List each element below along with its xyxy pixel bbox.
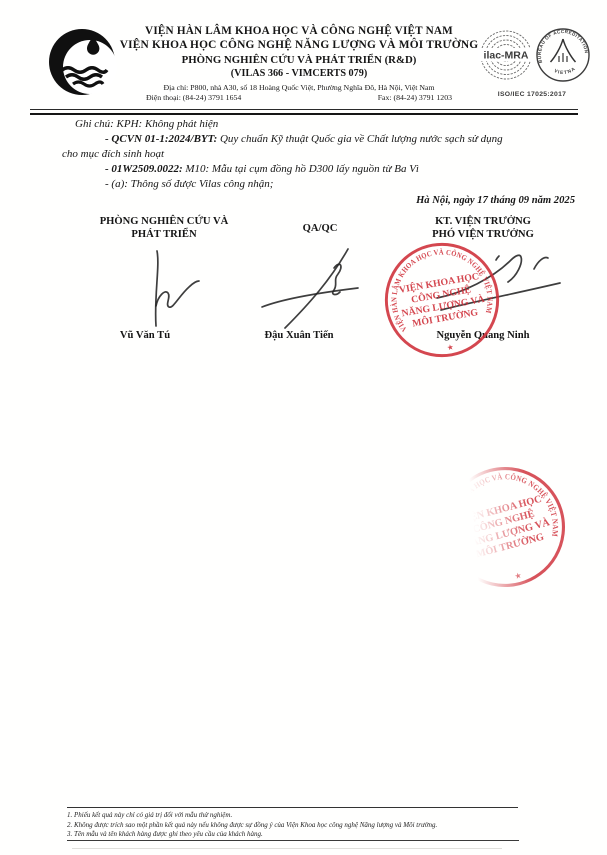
stamp-star: ★: [446, 342, 454, 352]
accreditation-codes: (VILAS 366 - VIMCERTS 079): [231, 68, 367, 79]
scan-artifact-line: [72, 848, 502, 849]
signer-title-rd: PHÒNG NGHIÊN CỨU VÀ PHÁT TRIỂN: [73, 215, 255, 241]
note-qcvn-text: Quy chuẩn Kỹ thuật Quốc gia về Chất lượn…: [217, 133, 502, 145]
document-page: VIỆN HÀN LÂM KHOA HỌC VÀ CÔNG NGHỆ VIỆT …: [0, 0, 607, 855]
footnotes: 1. Phiếu kết quả này chỉ có giá trị đối …: [67, 811, 537, 840]
boa-logo-icon: BUREAU OF ACCREDITATION VIETNAM: [534, 26, 592, 84]
note-vilas: - (a): Thông số được Vilas công nhận;: [105, 177, 567, 192]
signer-title-director-line1: KT. VIỆN TRƯỞNG: [390, 215, 576, 228]
official-stamp: VIỆN HÀN LÂM KHOA HỌC VÀ CÔNG NGHỆ VIỆT …: [374, 232, 511, 369]
footnote-1: 1. Phiếu kết quả này chỉ có giá trị đối …: [67, 811, 537, 821]
org-name-institute: VIỆN KHOA HỌC CÔNG NGHỆ NĂNG LƯỢNG VÀ MÔ…: [120, 39, 479, 51]
note-qcvn-label: - QCVN 01-1:2024/BYT:: [105, 133, 217, 145]
letterhead: VIỆN HÀN LÂM KHOA HỌC VÀ CÔNG NGHỆ VIỆT …: [118, 25, 480, 102]
official-stamp-partial: VIỆN HÀN LÂM KHOA HỌC VÀ CÔNG NGHỆ VIỆT …: [429, 451, 581, 603]
contact-line: Điện thoại: (84-24) 3791 1654 Fax: (84-2…: [118, 93, 480, 102]
signer-name-qaqc: Đậu Xuân Tiến: [243, 330, 355, 341]
date-place-line: Hà Nội, ngày 17 tháng 09 năm 2025: [416, 195, 575, 206]
header-divider: [30, 109, 578, 115]
iso-standard-label: ISO/IEC 17025:2017: [482, 91, 582, 98]
note-sample: - 01W2509.0022: M10: Mẫu tại cụm đồng hồ…: [105, 162, 567, 177]
department-name: PHÒNG NGHIÊN CỨU VÀ PHÁT TRIỂN (R&D): [182, 54, 417, 66]
signer-title-qaqc: QA/QC: [289, 222, 351, 235]
footnote-2: 2. Không được trích sao một phần kết quả…: [67, 821, 537, 831]
signer-title-rd-line1: PHÒNG NGHIÊN CỨU VÀ: [73, 215, 255, 228]
institute-logo-icon: [46, 26, 118, 98]
signer-name-rd: Vũ Văn Tú: [93, 330, 197, 341]
org-name-parent: VIỆN HÀN LÂM KHOA HỌC VÀ CÔNG NGHỆ VIỆT …: [145, 25, 453, 37]
signer-title-rd-line2: PHÁT TRIỂN: [73, 228, 255, 241]
boa-peak-symbol: [551, 39, 576, 62]
note-sample-text: M10: Mẫu tại cụm đồng hồ D300 lấy nguồn …: [183, 163, 419, 175]
ilac-mra-logo-icon: ilac-MRA: [478, 28, 534, 82]
note-qcvn-continued: cho mục đích sinh hoạt: [62, 147, 567, 162]
note-kph: Ghi chú: KPH: Không phát hiện: [75, 117, 567, 132]
phone-number: Điện thoại: (84-24) 3791 1654: [146, 93, 241, 102]
address-line: Địa chỉ: P800, nhà A30, số 18 Hoàng Quốc…: [163, 83, 434, 92]
footer-divider-bottom: [67, 840, 519, 841]
note-sample-label: - 01W2509.0022:: [105, 163, 183, 175]
notes-section: Ghi chú: KPH: Không phát hiện - QCVN 01-…: [62, 117, 567, 192]
note-qcvn: - QCVN 01-1:2024/BYT: Quy chuẩn Kỹ thuật…: [105, 132, 567, 147]
signature-middle: [255, 241, 365, 333]
footer-divider-top: [67, 807, 518, 808]
ilac-mra-label: ilac-MRA: [484, 50, 529, 62]
stamp-star: ★: [513, 571, 522, 582]
fax-number: Fax: (84-24) 3791 1203: [378, 93, 452, 102]
signature-left: [120, 246, 220, 334]
footnote-3: 3. Tên mẫu và tên khách hàng được ghi th…: [67, 830, 537, 840]
